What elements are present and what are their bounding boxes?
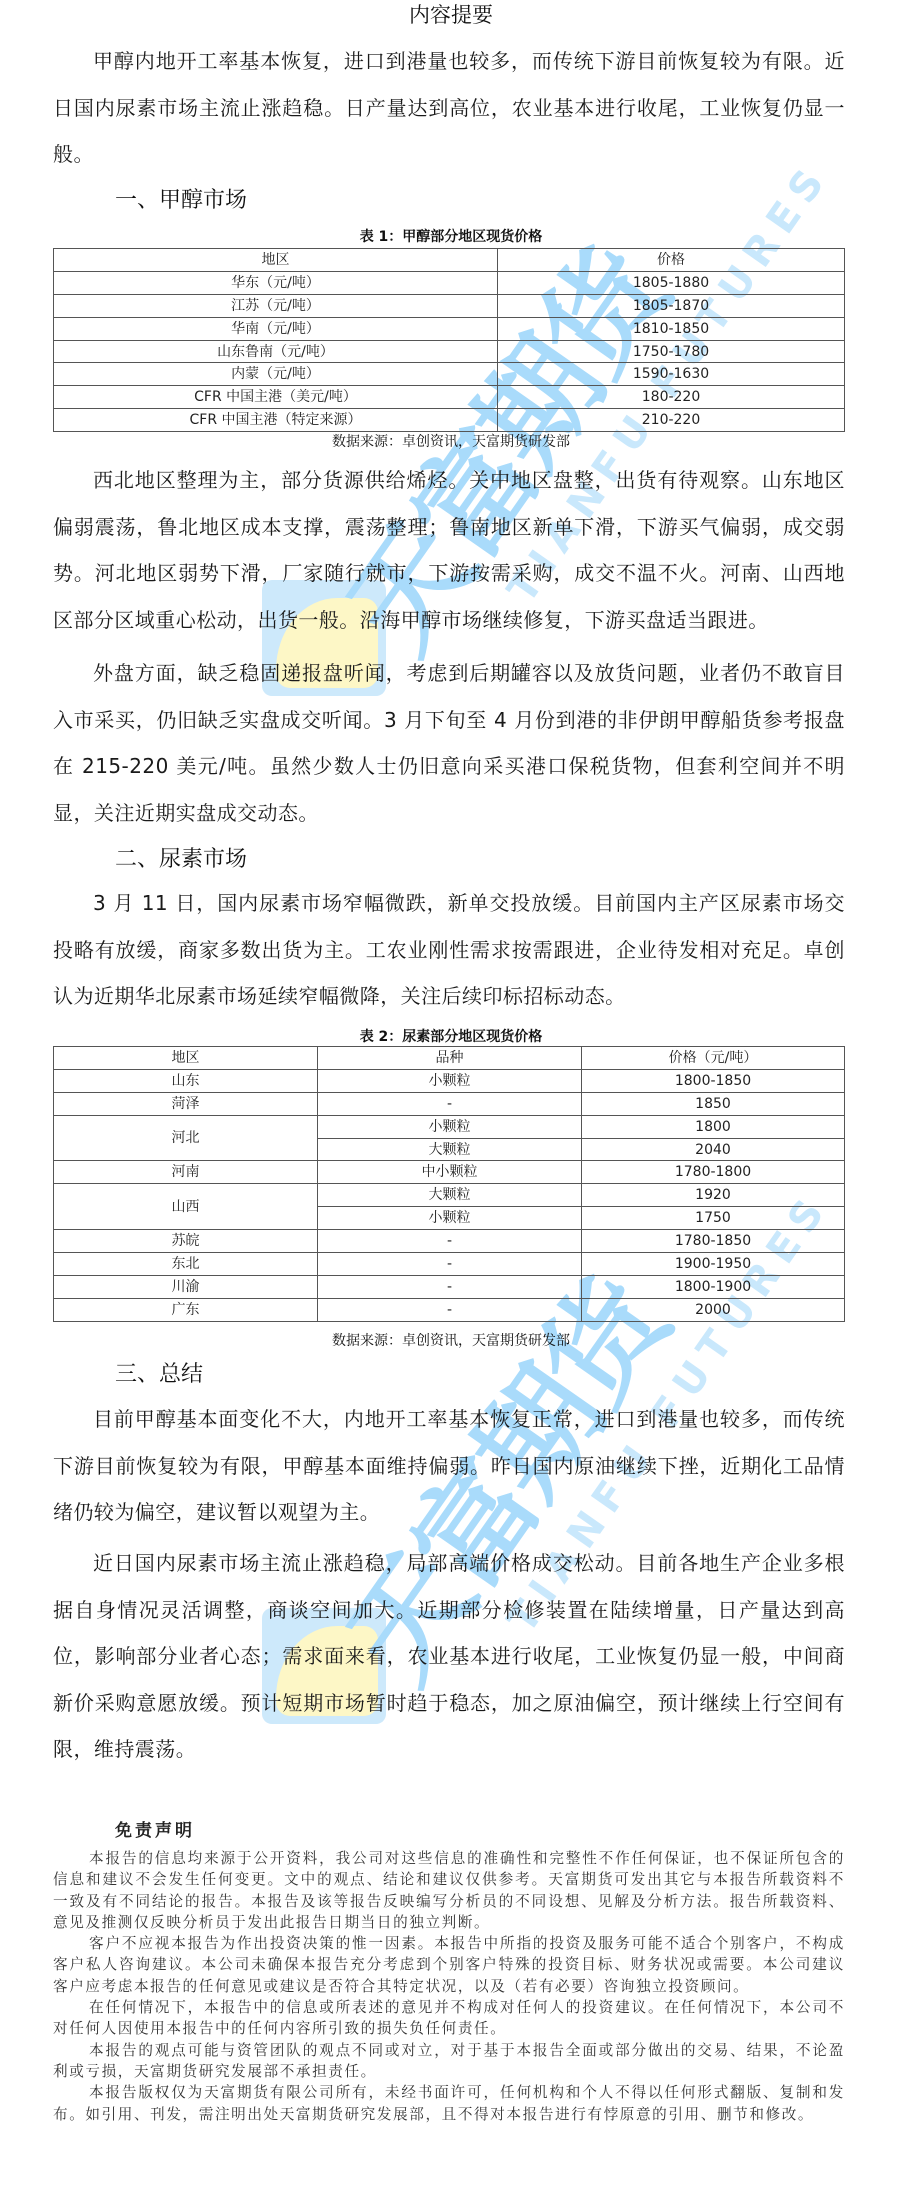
table-row: 山东鲁南（元/吨）1750-1780 (54, 340, 845, 363)
cell-price: 210-220 (498, 409, 845, 432)
cell-region: 菏泽 (54, 1092, 318, 1115)
table-header-row: 地区 价格 (54, 249, 845, 272)
cell-region: 苏皖 (54, 1230, 318, 1253)
table-source-methanol: 数据来源：卓创资讯，天富期货研发部 (0, 433, 902, 451)
section-heading-urea: 二、尿素市场 (115, 845, 247, 875)
cell-region: 东北 (54, 1253, 318, 1276)
cell-price: 1800-1850 (582, 1069, 845, 1092)
cell-type: 小颗粒 (318, 1115, 582, 1138)
cell-region: 华南（元/吨） (54, 317, 498, 340)
cell-type: - (318, 1230, 582, 1253)
disclaimer-body: 本报告的信息均来源于公开资料，我公司对这些信息的准确性和完整性不作任何保证，也不… (0, 1848, 902, 2125)
table-row: 广东-2000 (54, 1298, 845, 1321)
cell-region: 川渝 (54, 1275, 318, 1298)
cell-price: 1590-1630 (498, 363, 845, 386)
summary-paragraph: 甲醇内地开工率基本恢复，进口到港量也较多，而传统下游目前恢复较为有限。近日国内尿… (53, 38, 845, 178)
table-row: 华东（元/吨）1805-1880 (54, 271, 845, 294)
cell-type: 小颗粒 (318, 1069, 582, 1092)
cell-price: 1780-1850 (582, 1230, 845, 1253)
cell-price: 1800 (582, 1115, 845, 1138)
cell-type: 中小颗粒 (318, 1161, 582, 1184)
cell-type: 小颗粒 (318, 1207, 582, 1230)
cell-type: - (318, 1275, 582, 1298)
cell-price: 1750-1780 (498, 340, 845, 363)
disclaimer-paragraph: 本报告版权仅为天富期货有限公司所有，未经书面许可，任何机构和个人不得以任何形式翻… (53, 2082, 845, 2125)
table-caption-urea: 表 2：尿素部分地区现货价格 (0, 1028, 902, 1046)
cell-price: 180-220 (498, 386, 845, 409)
table-source-urea: 数据来源：卓创资讯，天富期货研发部 (0, 1332, 902, 1350)
table-header-row: 地区 品种 价格（元/吨） (54, 1047, 845, 1070)
disclaimer-paragraph: 本报告的信息均来源于公开资料，我公司对这些信息的准确性和完整性不作任何保证，也不… (53, 1848, 845, 1933)
table-row: 内蒙（元/吨）1590-1630 (54, 363, 845, 386)
disclaimer-paragraph: 本报告的观点可能与资管团队的观点不同或对立，对于基于本报告全面或部分做出的交易、… (53, 2040, 845, 2083)
cell-price: 1900-1950 (582, 1253, 845, 1276)
summary-paragraph-methanol: 目前甲醇基本面变化不大，内地开工率基本恢复正常，进口到港量也较多，而传统下游目前… (53, 1396, 845, 1536)
cell-type: 大颗粒 (318, 1138, 582, 1161)
cell-region: 江苏（元/吨） (54, 294, 498, 317)
column-header-region: 地区 (54, 249, 498, 272)
table-row: 东北-1900-1950 (54, 1253, 845, 1276)
cell-type: - (318, 1298, 582, 1321)
table-row: 山西大颗粒1920 (54, 1184, 845, 1207)
cell-price: 1805-1870 (498, 294, 845, 317)
cell-type: 大颗粒 (318, 1184, 582, 1207)
cell-region: 山东 (54, 1069, 318, 1092)
methanol-paragraph-external: 外盘方面，缺乏稳固递报盘听闻，考虑到后期罐容以及放货问题，业者仍不敢盲目入市采买… (53, 650, 845, 836)
section-heading-summary: 三、总结 (115, 1360, 203, 1390)
cell-region: CFR 中国主港（美元/吨） (54, 386, 498, 409)
column-header-region: 地区 (54, 1047, 318, 1070)
cell-region: 山西 (54, 1184, 318, 1230)
cell-price: 1920 (582, 1184, 845, 1207)
urea-paragraph: 3 月 11 日，国内尿素市场窄幅微跌，新单交投放缓。目前国内主产区尿素市场交投… (53, 880, 845, 1020)
urea-price-table: 地区 品种 价格（元/吨） 山东小颗粒1800-1850 菏泽-1850 河北小… (53, 1046, 845, 1322)
column-header-price: 价格 (498, 249, 845, 272)
cell-price: 1805-1880 (498, 271, 845, 294)
methanol-price-table: 地区 价格 华东（元/吨）1805-1880 江苏（元/吨）1805-1870 … (53, 248, 845, 432)
methanol-paragraph-domestic: 西北地区整理为主，部分货源供给烯烃。关中地区盘整，出货有待观察。山东地区偏弱震荡… (53, 457, 845, 643)
table-row: 山东小颗粒1800-1850 (54, 1069, 845, 1092)
cell-price: 1750 (582, 1207, 845, 1230)
column-header-type: 品种 (318, 1047, 582, 1070)
cell-price: 1780-1800 (582, 1161, 845, 1184)
column-header-price: 价格（元/吨） (582, 1047, 845, 1070)
cell-region: 河北 (54, 1115, 318, 1161)
table-row: CFR 中国主港（特定来源）210-220 (54, 409, 845, 432)
cell-price: 1810-1850 (498, 317, 845, 340)
table-caption-methanol: 表 1：甲醇部分地区现货价格 (0, 228, 902, 246)
disclaimer-paragraph: 客户不应视本报告为作出投资决策的惟一因素。本报告中所指的投资及服务可能不适合个别… (53, 1933, 845, 1997)
table-row: 江苏（元/吨）1805-1870 (54, 294, 845, 317)
disclaimer-paragraph: 在任何情况下，本报告中的信息或所表述的意见并不构成对任何人的投资建议。在任何情况… (53, 1997, 845, 2040)
cell-type: - (318, 1253, 582, 1276)
table-row: 川渝-1800-1900 (54, 1275, 845, 1298)
cell-price: 1800-1900 (582, 1275, 845, 1298)
cell-price: 2000 (582, 1298, 845, 1321)
table-row: 河北小颗粒1800 (54, 1115, 845, 1138)
cell-region: 华东（元/吨） (54, 271, 498, 294)
table-row: 苏皖-1780-1850 (54, 1230, 845, 1253)
cell-region: 广东 (54, 1298, 318, 1321)
disclaimer-title: 免责声明 (115, 1816, 195, 1841)
table-row: 河南中小颗粒1780-1800 (54, 1161, 845, 1184)
document-title: 内容提要 (0, 0, 902, 30)
cell-type: - (318, 1092, 582, 1115)
cell-region: 内蒙（元/吨） (54, 363, 498, 386)
cell-price: 1850 (582, 1092, 845, 1115)
table-row: 菏泽-1850 (54, 1092, 845, 1115)
cell-region: 河南 (54, 1161, 318, 1184)
cell-price: 2040 (582, 1138, 845, 1161)
table-row: CFR 中国主港（美元/吨）180-220 (54, 386, 845, 409)
table-row: 华南（元/吨）1810-1850 (54, 317, 845, 340)
cell-region: 山东鲁南（元/吨） (54, 340, 498, 363)
summary-paragraph-urea: 近日国内尿素市场主流止涨趋稳，局部高端价格成交松动。目前各地生产企业多根据自身情… (53, 1540, 845, 1773)
section-heading-methanol: 一、甲醇市场 (115, 186, 247, 216)
cell-region: CFR 中国主港（特定来源） (54, 409, 498, 432)
